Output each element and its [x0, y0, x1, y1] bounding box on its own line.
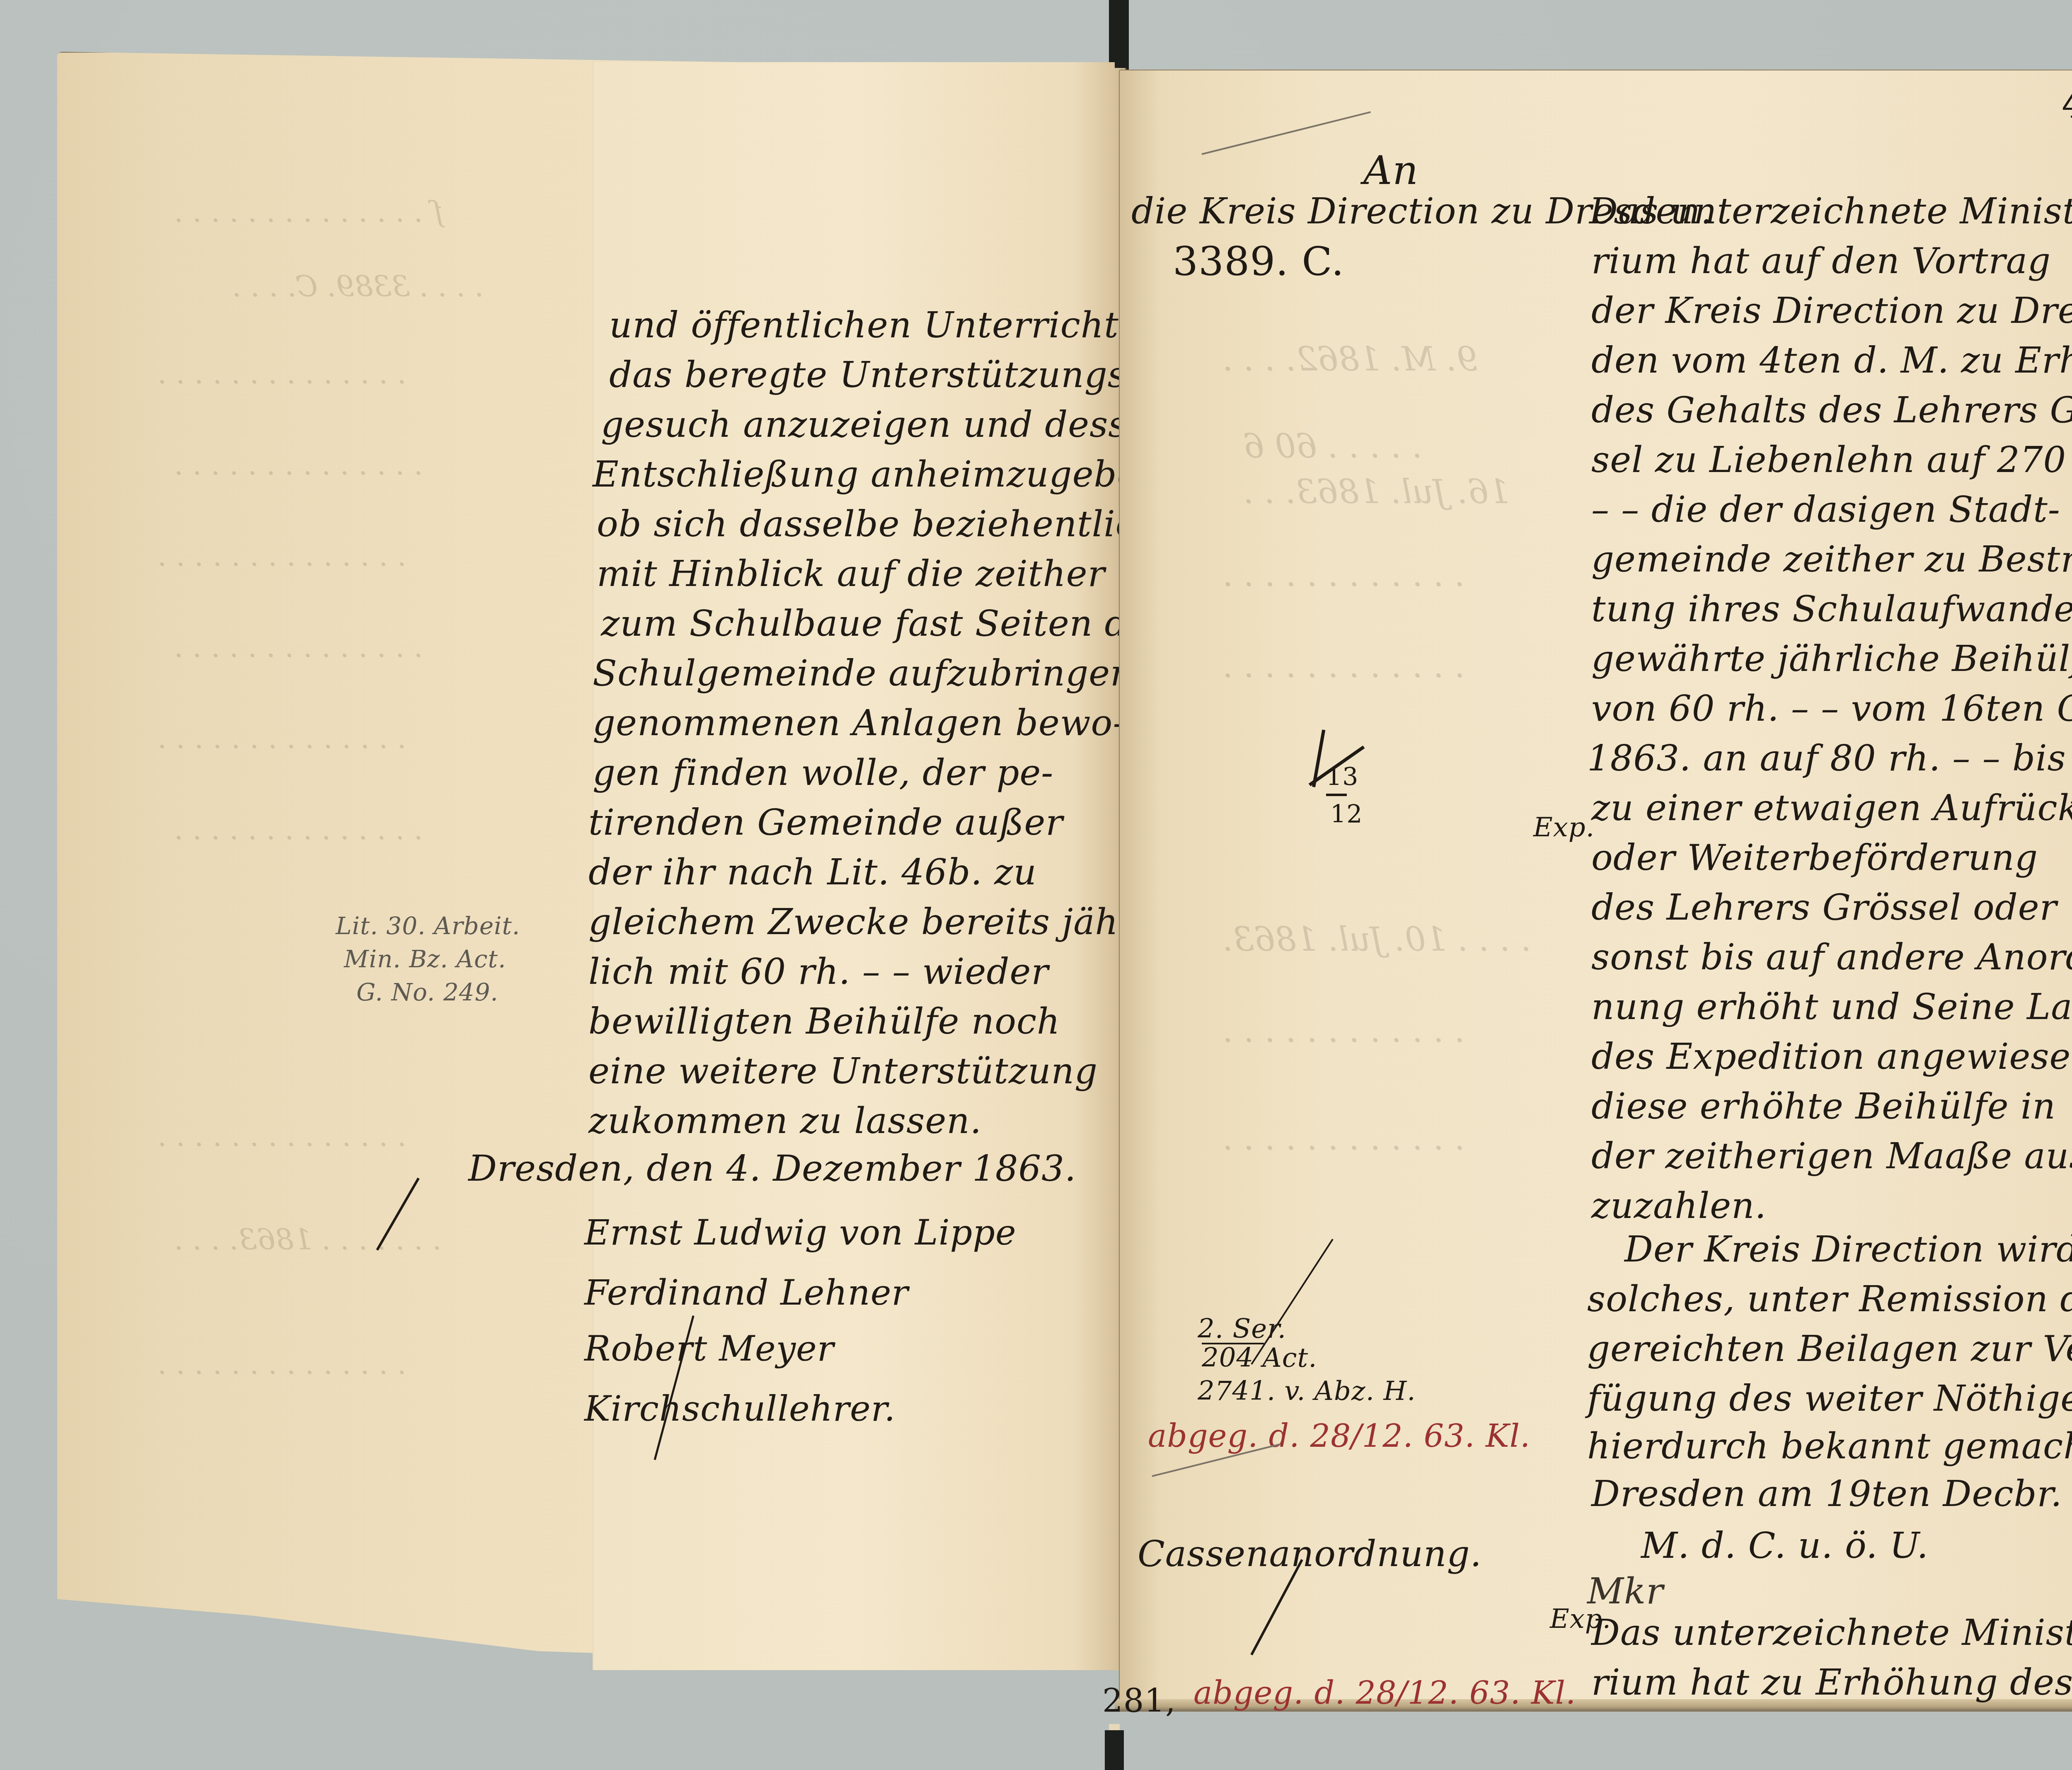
signature: Ferdinand Lehner — [584, 1272, 909, 1313]
right-body-line: rium hat zu Erhöhung des Ge- — [1591, 1662, 2072, 1703]
right-body-line: gewährte jährliche Beihülfe — [1591, 638, 2072, 680]
left-body-line: genommenen Anlagen bewo- — [593, 702, 1125, 744]
right-body-line: zuzahlen. — [1591, 1185, 1767, 1227]
right-body-line: des Lehrers Grössel oder — [1591, 887, 2057, 928]
left-body-line: bewilligten Beihülfe noch — [588, 1001, 1060, 1042]
left-body-line: Entschließung anheimzugeben, — [593, 454, 1174, 495]
expedited-mark: Exp. — [1533, 812, 1595, 843]
left-body-line: das beregte Unterstützungs- — [609, 354, 1139, 396]
right-body-line: von 60 rh. – – vom 16ten October — [1591, 688, 2072, 729]
right-body-line: zu einer etwaigen Aufrückung — [1591, 787, 2072, 829]
right-body-line: den vom 4ten d. M. zu Erhöhung — [1591, 340, 2072, 381]
pencil-note-line: G. No. 249. — [356, 978, 499, 1006]
fraction-denominator: 12 — [1330, 800, 1363, 829]
right-body-line: sel zu Liebenlehn auf 270 rh. — [1591, 439, 2072, 481]
right-body-line: rium hat auf den Vortrag — [1591, 240, 2051, 282]
signature: Kirchschullehrer. — [584, 1388, 896, 1429]
right-body-line: – – die der dasigen Stadt- — [1591, 489, 2060, 530]
signature: Ernst Ludwig von Lippe — [584, 1212, 1017, 1253]
right-body-line: nung erhöht und Seine Lan- — [1591, 986, 2072, 1028]
left-body-line: gen finden wolle, der pe- — [593, 752, 1053, 794]
ministry-authority: M. d. C. u. ö. U. — [1641, 1525, 1929, 1567]
left-date-line: Dresden, den 4. Dezember 1863. — [468, 1148, 1076, 1189]
binding-ribbon-top — [1109, 0, 1129, 70]
signature: Robert Meyer — [584, 1328, 834, 1369]
left-body-line: Schulgemeinde aufzubringen — [593, 653, 1134, 694]
left-body-line: gesuch anzuzeigen und dessen — [601, 404, 1172, 446]
binding-ribbon-bottom — [1105, 1730, 1124, 1770]
right-body-line: fügung des weiter Nöthigen — [1587, 1378, 2072, 1419]
expedited-mark: Exp. — [1550, 1604, 1611, 1634]
abzug-note: 2741. v. Abz. H. — [1198, 1376, 1416, 1407]
red-dispatch-note: abgeg. d. 28/12. 63. Kl. — [1148, 1417, 1530, 1454]
kassen-heading: Cassenanordnung. — [1138, 1533, 1482, 1575]
left-body-line: tirenden Gemeinde außer — [588, 802, 1063, 843]
left-body-line: zukommen zu lassen. — [588, 1100, 982, 1142]
right-body-line: hierdurch bekannt gemacht. — [1587, 1426, 2072, 1467]
left-body-line: eine weitere Unterstützung — [588, 1051, 1098, 1092]
right-body-line: tung ihres Schulaufwandes — [1591, 588, 2072, 630]
address-salutation: An — [1363, 147, 1418, 194]
right-body-line: gemeinde zeither zu Bestrei- — [1591, 539, 2072, 580]
right-body-line: der Kreis Direction zu Dres- — [1591, 290, 2072, 332]
right-body-line: Das unterzeichnete Minister- — [1589, 191, 2072, 232]
right-body-line: der zeitherigen Maaße aus- — [1591, 1136, 2072, 1177]
fraction-numerator: 13 — [1326, 763, 1358, 792]
reference-number: 3389. C. — [1173, 238, 1344, 285]
pencil-note-line: Min. Bz. Act. — [344, 945, 506, 973]
right-date-line: Dresden am 19ten Decbr. 1863. — [1591, 1473, 2072, 1515]
fraction-bar — [1326, 794, 1347, 796]
right-body-line: oder Weiterbeförderung — [1591, 837, 2038, 879]
page-number: 42. — [2062, 81, 2072, 127]
ledger-number: 281, — [1102, 1683, 1176, 1720]
left-body-line: lich mit 60 rh. – – wieder — [588, 951, 1049, 993]
right-body-line: Das unterzeichnete Minister- — [1591, 1612, 2072, 1654]
left-body-line: zum Schulbaue fast Seiten der — [601, 603, 1167, 644]
left-body-line: und öffentlichen Unterrichts — [609, 305, 1138, 346]
right-body-line: diese erhöhte Beihülfe in — [1591, 1086, 2056, 1127]
left-body-line: der ihr nach Lit. 46b. zu — [588, 852, 1037, 893]
left-body-line: gleichem Zwecke bereits jähr- — [588, 901, 1148, 943]
left-body-line: ob sich dasselbe beziehentlich — [597, 504, 1159, 545]
right-body-line: 1863. an auf 80 rh. – – bis — [1587, 738, 2066, 779]
copies-note: 204 Act. — [1202, 1343, 1317, 1373]
right-body-line: des Gehalts des Lehrers Grös- — [1591, 390, 2072, 431]
right-body-line: solches, unter Remission der ein- — [1587, 1278, 2072, 1320]
right-body-line: gereichten Beilagen zur Ver- — [1587, 1328, 2072, 1370]
right-body-line: Der Kreis Direction wird — [1624, 1229, 2072, 1270]
left-body-line: mit Hinblick auf die zeither — [597, 553, 1105, 595]
right-body-line: des Expedition angewiesen, — [1591, 1036, 2072, 1077]
red-dispatch-note: abgeg. d. 28/12. 63. Kl. — [1193, 1674, 1576, 1711]
pencil-note-line: Lit. 30. Arbeit. — [336, 912, 520, 940]
right-body-line: sonst bis auf andere Anord- — [1591, 937, 2072, 978]
